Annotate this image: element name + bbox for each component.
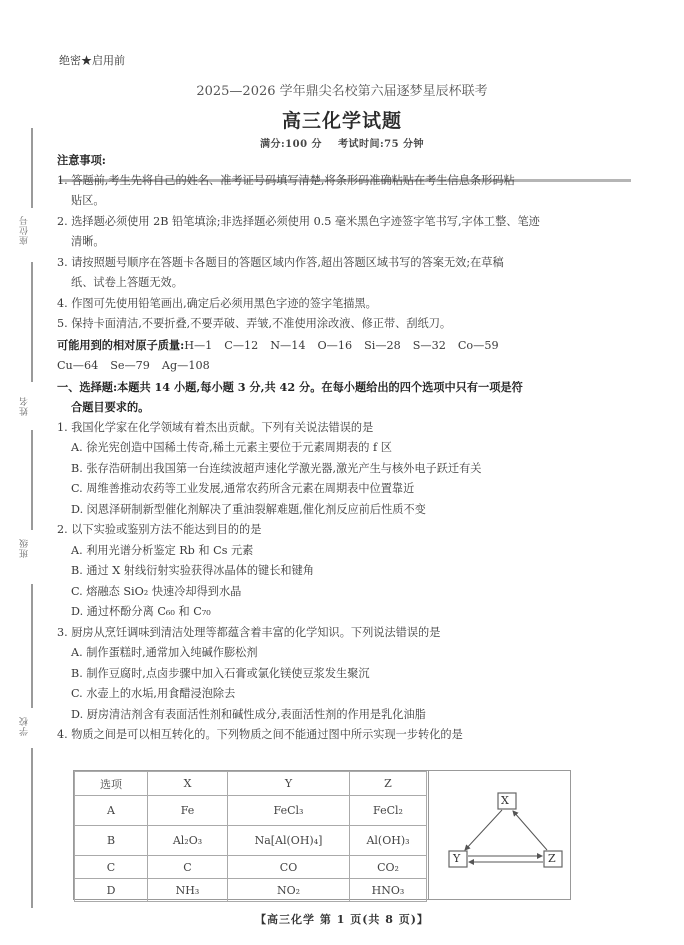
node-x: X	[501, 794, 509, 807]
question-stem: 2. 以下实验或鉴别方法不能达到目的的是	[57, 520, 632, 541]
page-footer: 【高三化学 第 1 页(共 8 页)】	[0, 911, 684, 927]
table-row: D NH₃ NO₂ HNO₃	[75, 879, 427, 902]
table-row: B Al₂O₃ Na[Al(OH)₄] Al(OH)₃	[75, 826, 427, 856]
table-row: A Fe FeCl₃ FeCl₂	[75, 796, 427, 826]
option-b: B. 通过 X 射线衍射实验获得冰晶体的键长和键角	[57, 561, 632, 582]
table-header: Y	[228, 772, 350, 796]
question-4-stem: 4. 物质之间是可以相互转化的。下列物质之间不能通过图中所示实现一步转化的是	[57, 725, 632, 746]
atomic-mass: Cu—64	[57, 359, 98, 372]
table-cell: NO₂	[228, 879, 350, 902]
question-stem: 3. 厨房从烹饪调味到清洁处理等都蕴含着丰富的化学知识。下列说法错误的是	[57, 623, 632, 644]
atomic-masses: 可能用到的相对原子质量:H—1C—12N—14O—16Si—28S—32Co—5…	[57, 335, 632, 357]
option-a: A. 制作蛋糕时,通常加入纯碱作膨松剂	[57, 643, 632, 664]
question-3: 3. 厨房从烹饪调味到清洁处理等都蕴含着丰富的化学知识。下列说法错误的是 A. …	[57, 623, 632, 726]
notice-item: 3. 请按照题号顺序在答题卡各题目的答题区域内作答,超出答题区域书写的答案无效;…	[57, 253, 632, 294]
table-cell: CO₂	[350, 856, 427, 879]
notice-text: 贴区。	[57, 191, 632, 212]
notice-text: 2. 选择题必须使用 2B 铅笔填涂;非选择题必须使用 0.5 毫米黑色字迹签字…	[57, 212, 632, 233]
notice-item: 4. 作图可先使用铅笔画出,确定后必须用黑色字迹的签字笔描黑。	[57, 294, 632, 315]
table-cell: B	[75, 826, 148, 856]
notice-text: 1. 答题前,考生先将自己的姓名、准考证号码填写清楚,将条形码准确粘贴在考生信息…	[57, 171, 632, 192]
question-4-figure: 选项 X Y Z A Fe FeCl₃ FeCl₂ B Al₂O₃ Na[Al(…	[73, 770, 571, 900]
atomic-mass: H—1	[184, 339, 212, 352]
atomic-mass: C—12	[224, 339, 258, 352]
atomic-mass: Ag—108	[162, 359, 210, 372]
node-z: Z	[548, 852, 556, 865]
table-cell: FeCl₂	[350, 796, 427, 826]
table-header-row: 选项 X Y Z	[75, 772, 427, 796]
question-stem: 1. 我国化学家在化学领域有着杰出贡献。下列有关说法错误的是	[57, 418, 632, 439]
exam-meta: 满分:100 分 考试时间:75 分钟	[0, 135, 684, 150]
atomic-mass: O—16	[317, 339, 352, 352]
table-cell: FeCl₃	[228, 796, 350, 826]
option-b: B. 制作豆腐时,点卤步骤中加入石膏或氯化镁使豆浆发生聚沉	[57, 664, 632, 685]
notice-item: 5. 保持卡面清洁,不要折叠,不要弄破、弄皱,不准使用涂改液、修正带、刮纸刀。	[57, 314, 632, 335]
table-header: Z	[350, 772, 427, 796]
binding-line	[31, 584, 33, 708]
school-label: 学校	[18, 712, 44, 740]
option-c: C. 周维善推动农药等工业发展,通常农药所含元素在周期表中位置靠近	[57, 479, 632, 500]
table-cell: A	[75, 796, 148, 826]
option-d: D. 闵恩泽研制新型催化剂解决了重油裂解难题,催化剂反应前后性质不变	[57, 500, 632, 521]
table-row: C C CO CO₂	[75, 856, 427, 879]
table-cell: CO	[228, 856, 350, 879]
table-cell: Fe	[148, 796, 228, 826]
table-cell: Al(OH)₃	[350, 826, 427, 856]
option-b: B. 张存浩研制出我国第一台连续波超声速化学激光器,激光产生与核外电子跃迁有关	[57, 459, 632, 480]
class-label: 班级	[18, 534, 44, 562]
atomic-mass: S—32	[413, 339, 446, 352]
option-c: C. 水壶上的水垢,用食醋浸泡除去	[57, 684, 632, 705]
page-title: 高三化学试题	[0, 106, 684, 133]
question-1: 1. 我国化学家在化学领域有着杰出贡献。下列有关说法错误的是 A. 徐光宪创造中…	[57, 418, 632, 521]
table-header: 选项	[75, 772, 148, 796]
question-2: 2. 以下实验或鉴别方法不能达到目的的是 A. 利用光谱分析鉴定 Rb 和 Cs…	[57, 520, 632, 623]
table-cell: NH₃	[148, 879, 228, 902]
notice-text: 3. 请按照题号顺序在答题卡各题目的答题区域内作答,超出答题区域书写的答案无效;…	[57, 253, 632, 274]
atomic-mass: Se—79	[110, 359, 150, 372]
substance-table: 选项 X Y Z A Fe FeCl₃ FeCl₂ B Al₂O₃ Na[Al(…	[74, 771, 427, 902]
table-cell: D	[75, 879, 148, 902]
section-heading: 合题目要求的。	[57, 397, 632, 418]
notice-item: 1. 答题前,考生先将自己的姓名、准考证号码填写清楚,将条形码准确粘贴在考生信息…	[57, 171, 632, 212]
option-a: A. 利用光谱分析鉴定 Rb 和 Cs 元素	[57, 541, 632, 562]
option-a: A. 徐光宪创造中国稀土传奇,稀土元素主要位于元素周期表的 f 区	[57, 438, 632, 459]
section-heading: 一、选择题:本题共 14 小题,每小题 3 分,共 42 分。在每小题给出的四个…	[57, 377, 632, 398]
seat-number-label: 座位号	[18, 210, 44, 250]
option-c: C. 熔融态 SiO₂ 快速冷却得到水晶	[57, 582, 632, 603]
exam-content: 注意事项: 1. 答题前,考生先将自己的姓名、准考证号码填写清楚,将条形码准确粘…	[57, 150, 632, 746]
binding-line	[31, 262, 33, 382]
option-d: D. 通过杯酚分离 C₆₀ 和 C₇₀	[57, 602, 632, 623]
atomic-mass-label: 可能用到的相对原子质量:	[57, 338, 184, 352]
option-d: D. 厨房清洁剂含有表面活性剂和碱性成分,表面活性剂的作用是乳化油脂	[57, 705, 632, 726]
secret-mark: 绝密★启用前	[59, 52, 125, 68]
triangle-arrows-icon	[429, 771, 571, 899]
atomic-mass: Si—28	[364, 339, 401, 352]
table-cell: Al₂O₃	[148, 826, 228, 856]
name-label: 姓名	[18, 392, 44, 420]
exam-name: 2025—2026 学年鼎尖名校第六届逐梦星辰杯联考	[0, 80, 684, 99]
table-cell: C	[148, 856, 228, 879]
exam-page: 座位号 姓名 班级 学校 绝密★启用前 2025—2026 学年鼎尖名校第六届逐…	[0, 0, 684, 945]
table-cell: Na[Al(OH)₄]	[228, 826, 350, 856]
notice-text: 纸、试卷上答题无效。	[57, 273, 632, 294]
atomic-mass: Co—59	[458, 339, 499, 352]
node-y: Y	[453, 852, 460, 865]
atomic-mass: N—14	[270, 339, 305, 352]
binding-line	[31, 748, 33, 908]
table-cell: C	[75, 856, 148, 879]
atomic-masses: Cu—64Se—79Ag—108	[57, 356, 632, 377]
notice-heading: 注意事项:	[57, 150, 632, 171]
notice-text: 清晰。	[57, 232, 632, 253]
conversion-diagram: X Y Z	[428, 771, 571, 899]
binding-line	[31, 430, 33, 530]
table-cell: HNO₃	[350, 879, 427, 902]
notice-item: 2. 选择题必须使用 2B 铅笔填涂;非选择题必须使用 0.5 毫米黑色字迹签字…	[57, 212, 632, 253]
table-header: X	[148, 772, 228, 796]
